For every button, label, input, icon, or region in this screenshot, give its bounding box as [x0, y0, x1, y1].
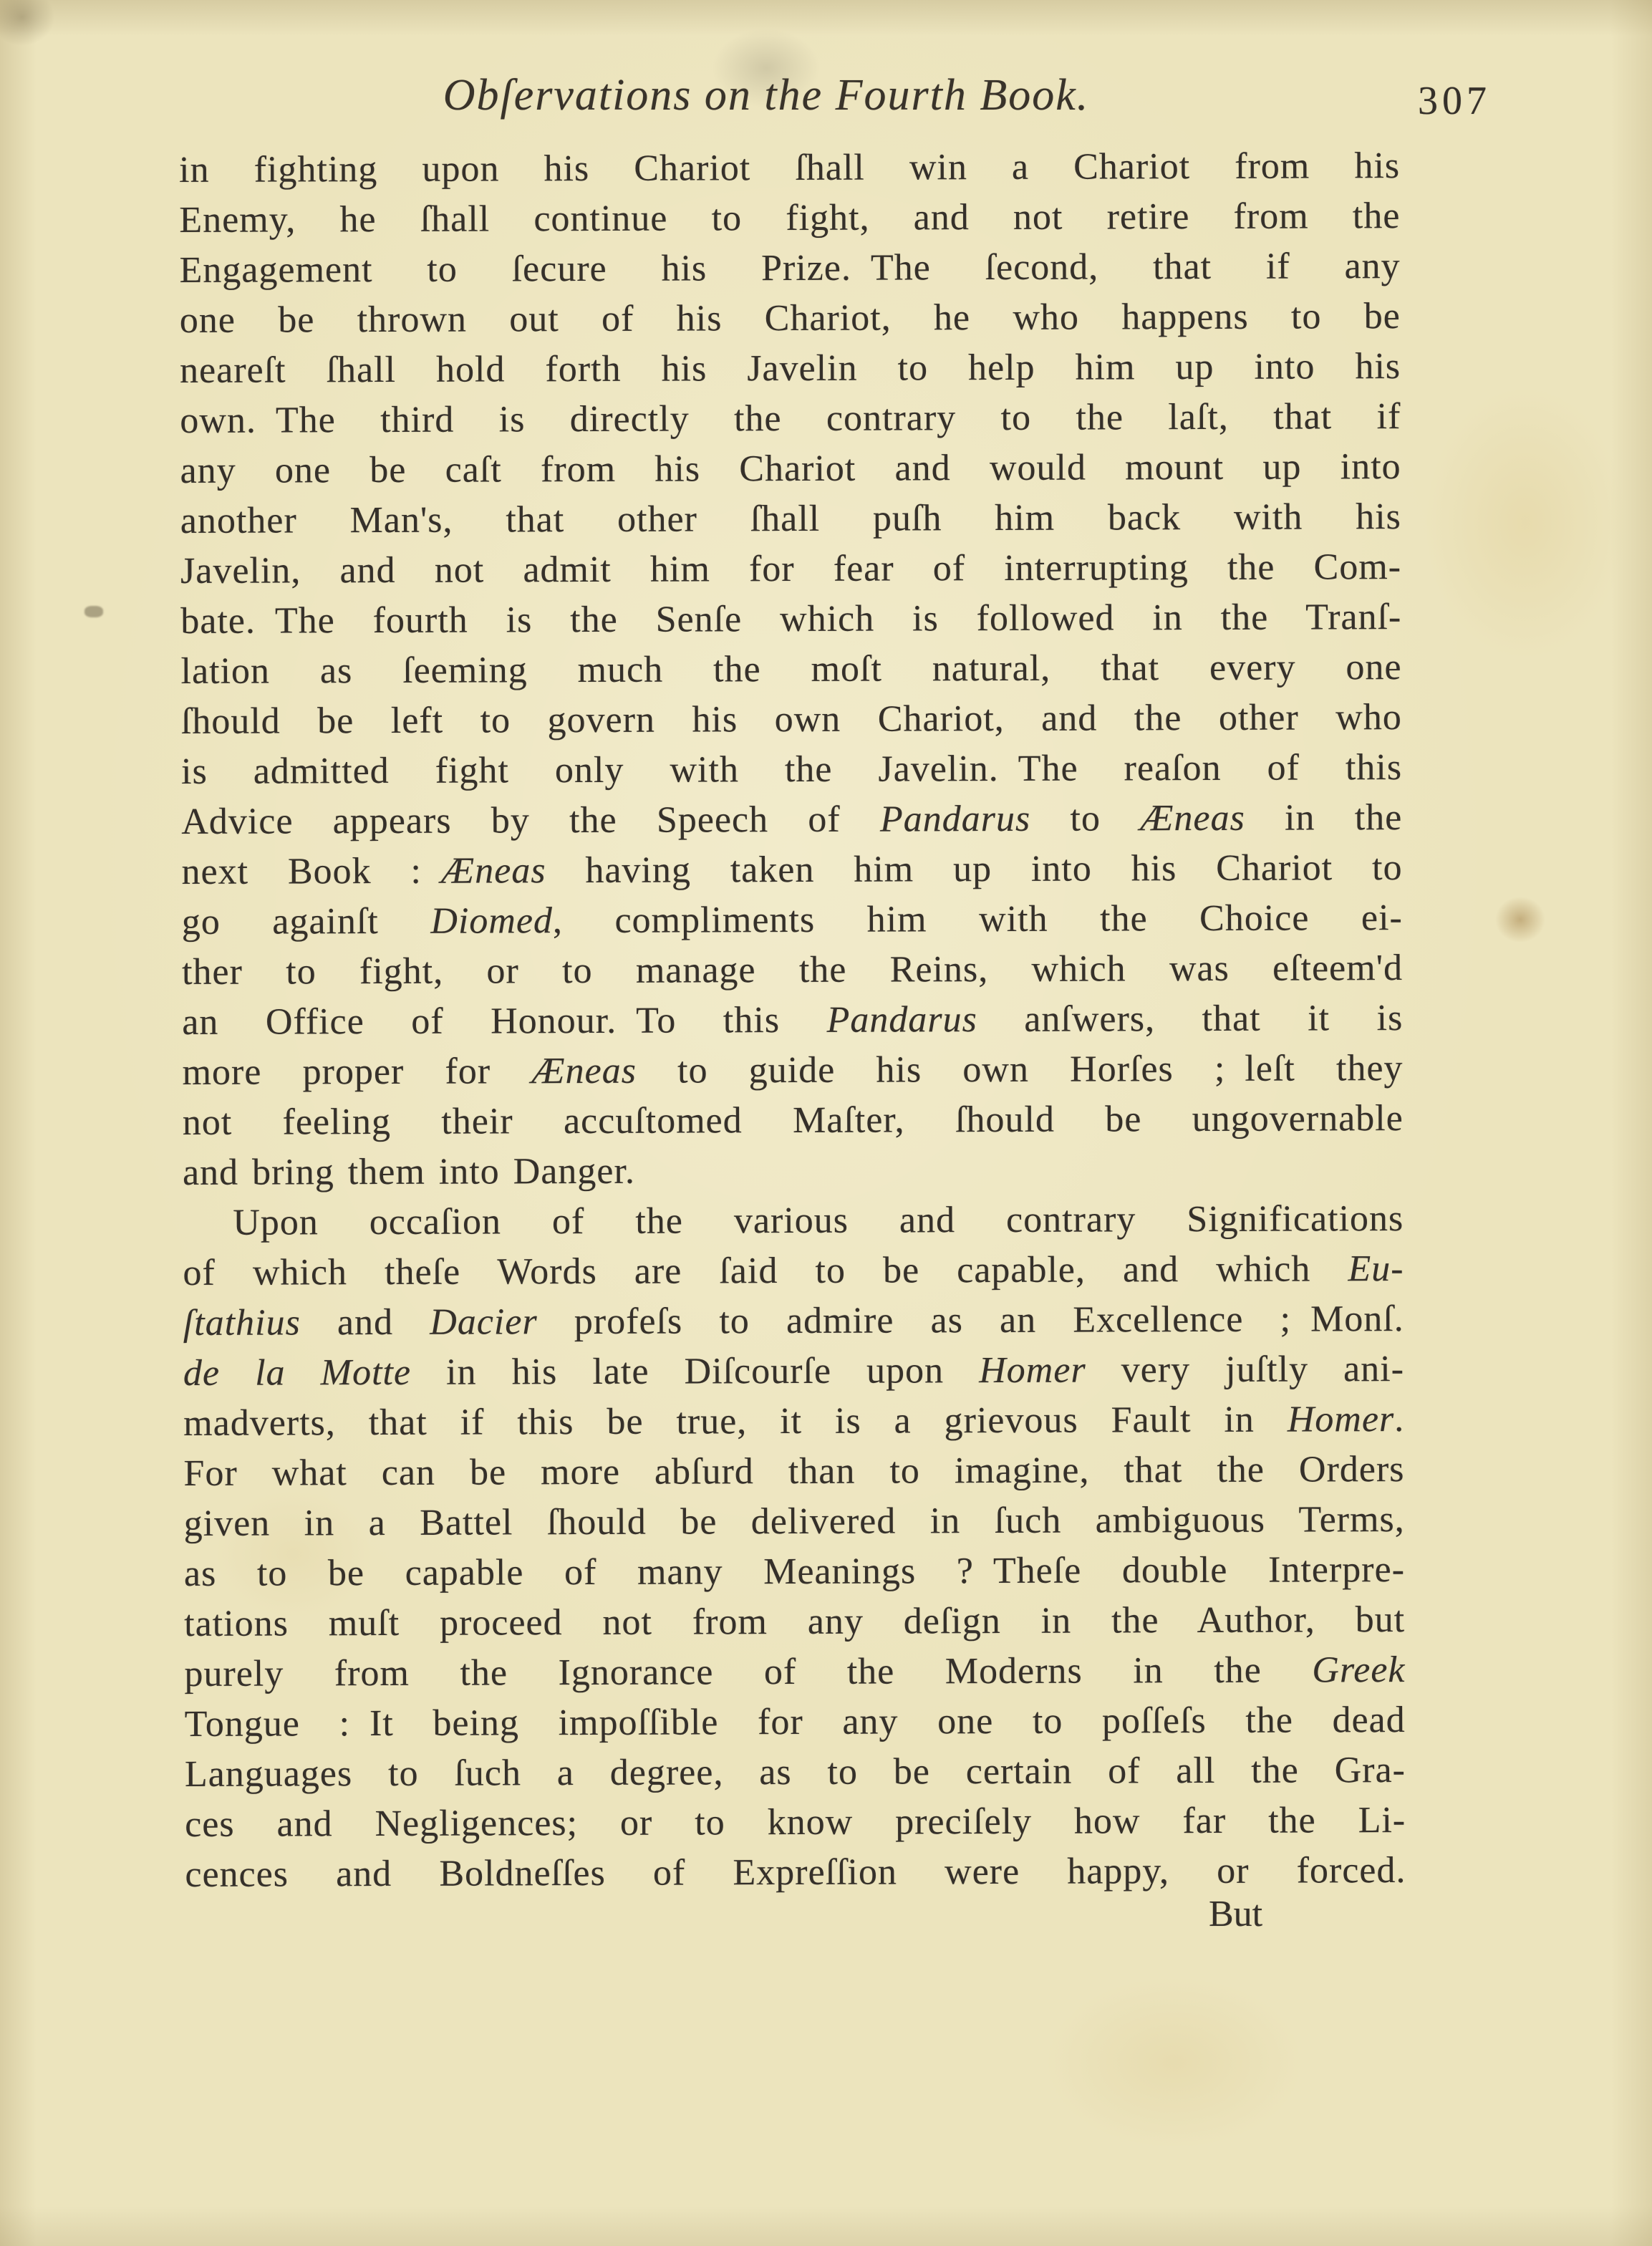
- corner-mark: [0, 0, 54, 46]
- roman-text: to: [1030, 798, 1140, 839]
- text-line: de la Motte in his late Diſcourſe upon H…: [183, 1344, 1404, 1399]
- roman-text: one be thrown out of his Chariot, he who…: [180, 296, 1401, 341]
- roman-text: anſwers, that it is: [977, 998, 1404, 1040]
- roman-text: in the: [1245, 797, 1403, 839]
- roman-text: given in a Battel ſhould be delivered in…: [184, 1499, 1405, 1544]
- roman-text: madverts, that if this be true, it is a …: [183, 1399, 1288, 1444]
- text-line: ther to fight, or to manage the Reins, w…: [182, 943, 1403, 998]
- roman-text: Enemy, he ſhall continue to fight, and n…: [179, 196, 1400, 241]
- roman-text: Javelin, and not admit him for fear of i…: [180, 546, 1401, 592]
- text-line: next Book : Æneas having taken him up in…: [181, 843, 1402, 897]
- roman-text: tations muſt proceed not from any deſign…: [184, 1599, 1405, 1644]
- italic-text: Diomed: [430, 900, 553, 942]
- roman-text: , compliments him with the Choice ei-: [553, 897, 1403, 941]
- roman-text: another Man's, that other ſhall puſh him…: [180, 496, 1401, 541]
- foxing-stain: [1045, 1977, 1303, 2149]
- text-line: ſtathius and Dacier profeſs to admire as…: [183, 1294, 1404, 1349]
- roman-text: of which theſe Words are ſaid to be capa…: [183, 1248, 1348, 1293]
- roman-text: .: [1394, 1399, 1404, 1440]
- text-line: and bring them into Danger.: [183, 1144, 1404, 1198]
- ink-speck: [84, 606, 103, 617]
- text-line: Enemy, he ſhall continue to fight, and n…: [179, 191, 1400, 246]
- roman-text: next Book :: [181, 851, 441, 892]
- text-line: Tongue : It being impoſſible for any one…: [185, 1695, 1406, 1750]
- text-line: an Office of Honour. To this Pandarus an…: [182, 993, 1403, 1048]
- text-line: in fighting upon his Chariot ſhall win a…: [179, 141, 1400, 196]
- roman-text: Tongue : It being impoſſible for any one…: [185, 1700, 1406, 1745]
- text-line: one be thrown out of his Chariot, he who…: [180, 291, 1401, 346]
- italic-text: Pandarus: [880, 799, 1030, 840]
- italic-text: de la Motte: [183, 1352, 411, 1394]
- text-line: tations muſt proceed not from any deſign…: [184, 1595, 1405, 1649]
- text-line: Javelin, and not admit him for fear of i…: [180, 542, 1401, 597]
- text-line: is admitted fight only with the Javelin.…: [181, 743, 1402, 797]
- scanned-book-page: Obſervations on the Fourth Book. 307 in …: [0, 0, 1652, 2246]
- roman-text: Languages to ſuch a degree, as to be cer…: [185, 1750, 1406, 1795]
- italic-text: Eu-: [1348, 1248, 1404, 1289]
- text-line: neareſt ſhall hold forth his Javelin to …: [180, 342, 1401, 396]
- page-number: 307: [1418, 69, 1575, 133]
- roman-text: own. The third is directly the contrary …: [180, 396, 1401, 441]
- roman-text: cences and Boldneſſes of Expreſſion were…: [185, 1850, 1406, 1895]
- roman-text: very juſtly ani-: [1086, 1349, 1405, 1391]
- text-line: more proper for Æneas to guide his own H…: [182, 1044, 1403, 1098]
- text-line: madverts, that if this be true, it is a …: [183, 1394, 1404, 1449]
- text-line: another Man's, that other ſhall puſh him…: [180, 492, 1401, 546]
- roman-text: an Office of Honour. To this: [182, 1000, 826, 1043]
- text-line: ſhould be left to govern his own Chariot…: [181, 693, 1402, 747]
- text-line: Languages to ſuch a degree, as to be cer…: [185, 1745, 1406, 1800]
- roman-text: lation as ſeeming much the moſt natural,…: [180, 647, 1401, 692]
- roman-text: go againſt: [182, 901, 431, 943]
- roman-text: purely from the Ignorance of the Moderns…: [184, 1649, 1312, 1694]
- italic-text: Æneas: [441, 850, 546, 892]
- catchword: But: [1209, 1889, 1262, 1939]
- foxing-stain: [1495, 897, 1545, 943]
- roman-text: in fighting upon his Chariot ſhall win a…: [179, 145, 1400, 191]
- roman-text: more proper for: [182, 1051, 531, 1093]
- roman-text: ces and Negligences; or to know preciſel…: [185, 1800, 1406, 1845]
- roman-text: Advice appears by the Speech of: [181, 799, 880, 842]
- roman-text: in his late Diſcourſe upon: [411, 1350, 979, 1393]
- italic-text: ſtathius: [183, 1302, 301, 1344]
- roman-text: and bring them into Danger.: [183, 1151, 635, 1193]
- text-line: given in a Battel ſhould be delivered in…: [184, 1495, 1405, 1549]
- text-line: any one be caſt from his Chariot and wou…: [180, 442, 1401, 496]
- text-line: purely from the Ignorance of the Moderns…: [184, 1645, 1405, 1700]
- roman-text: bate. The fourth is the Senſe which is f…: [180, 597, 1401, 642]
- italic-text: Dacier: [430, 1301, 538, 1343]
- text-line: ces and Negligences; or to know preciſel…: [185, 1796, 1406, 1850]
- text-line: own. The third is directly the contrary …: [180, 392, 1401, 446]
- roman-text: to guide his own Horſes ; leſt they: [637, 1048, 1404, 1091]
- roman-text: having taken him up into his Chariot to: [546, 847, 1402, 891]
- italic-text: Greek: [1312, 1649, 1405, 1690]
- text-line: as to be capable of many Meanings ? Theſ…: [184, 1545, 1405, 1599]
- roman-text: neareſt ſhall hold forth his Javelin to …: [180, 346, 1401, 391]
- text-line: Engagement to ſecure his Prize. The ſeco…: [179, 241, 1400, 296]
- text-line: Upon occaſion of the various and contrar…: [183, 1194, 1404, 1248]
- roman-text: ther to fight, or to manage the Reins, w…: [182, 948, 1403, 993]
- running-header: Obſervations on the Fourth Book.: [179, 56, 1353, 135]
- italic-text: Æneas: [531, 1051, 637, 1092]
- italic-text: Pandarus: [826, 999, 977, 1041]
- roman-text: Upon occaſion of the various and contrar…: [233, 1198, 1404, 1243]
- text-line: Advice appears by the Speech of Pandarus…: [181, 793, 1402, 847]
- roman-text: For what can be more abſurd than to imag…: [183, 1449, 1404, 1494]
- foxing-stain: [1425, 387, 1626, 659]
- roman-text: as to be capable of many Meanings ? Theſ…: [184, 1549, 1405, 1594]
- roman-text: Engagement to ſecure his Prize. The ſeco…: [180, 246, 1401, 291]
- text-line: go againſt Diomed, compliments him with …: [182, 893, 1403, 948]
- roman-text: ſhould be left to govern his own Chariot…: [181, 697, 1402, 742]
- text-line: bate. The fourth is the Senſe which is f…: [180, 592, 1401, 647]
- roman-text: any one be caſt from his Chariot and wou…: [180, 446, 1401, 491]
- italic-text: Æneas: [1140, 798, 1245, 839]
- roman-text: not feeling their accuſtomed Maſter, ſho…: [183, 1098, 1404, 1143]
- text-line: lation as ſeeming much the moſt natural,…: [180, 642, 1401, 697]
- text-line: For what can be more abſurd than to imag…: [183, 1445, 1404, 1499]
- text-line: of which theſe Words are ſaid to be capa…: [183, 1244, 1404, 1298]
- italic-text: Homer: [979, 1350, 1086, 1392]
- roman-text: and: [301, 1302, 430, 1344]
- roman-text: is admitted fight only with the Javelin.…: [181, 747, 1402, 792]
- italic-text: Homer: [1288, 1399, 1395, 1440]
- text-line: not feeling their accuſtomed Maſter, ſho…: [183, 1094, 1404, 1148]
- running-header-title: Obſervations on the Fourth Book.: [443, 71, 1090, 120]
- roman-text: profeſs to admire as an Excellence ; Mon…: [538, 1298, 1404, 1342]
- body-text: in fighting upon his Chariot ſhall win a…: [179, 141, 1406, 1900]
